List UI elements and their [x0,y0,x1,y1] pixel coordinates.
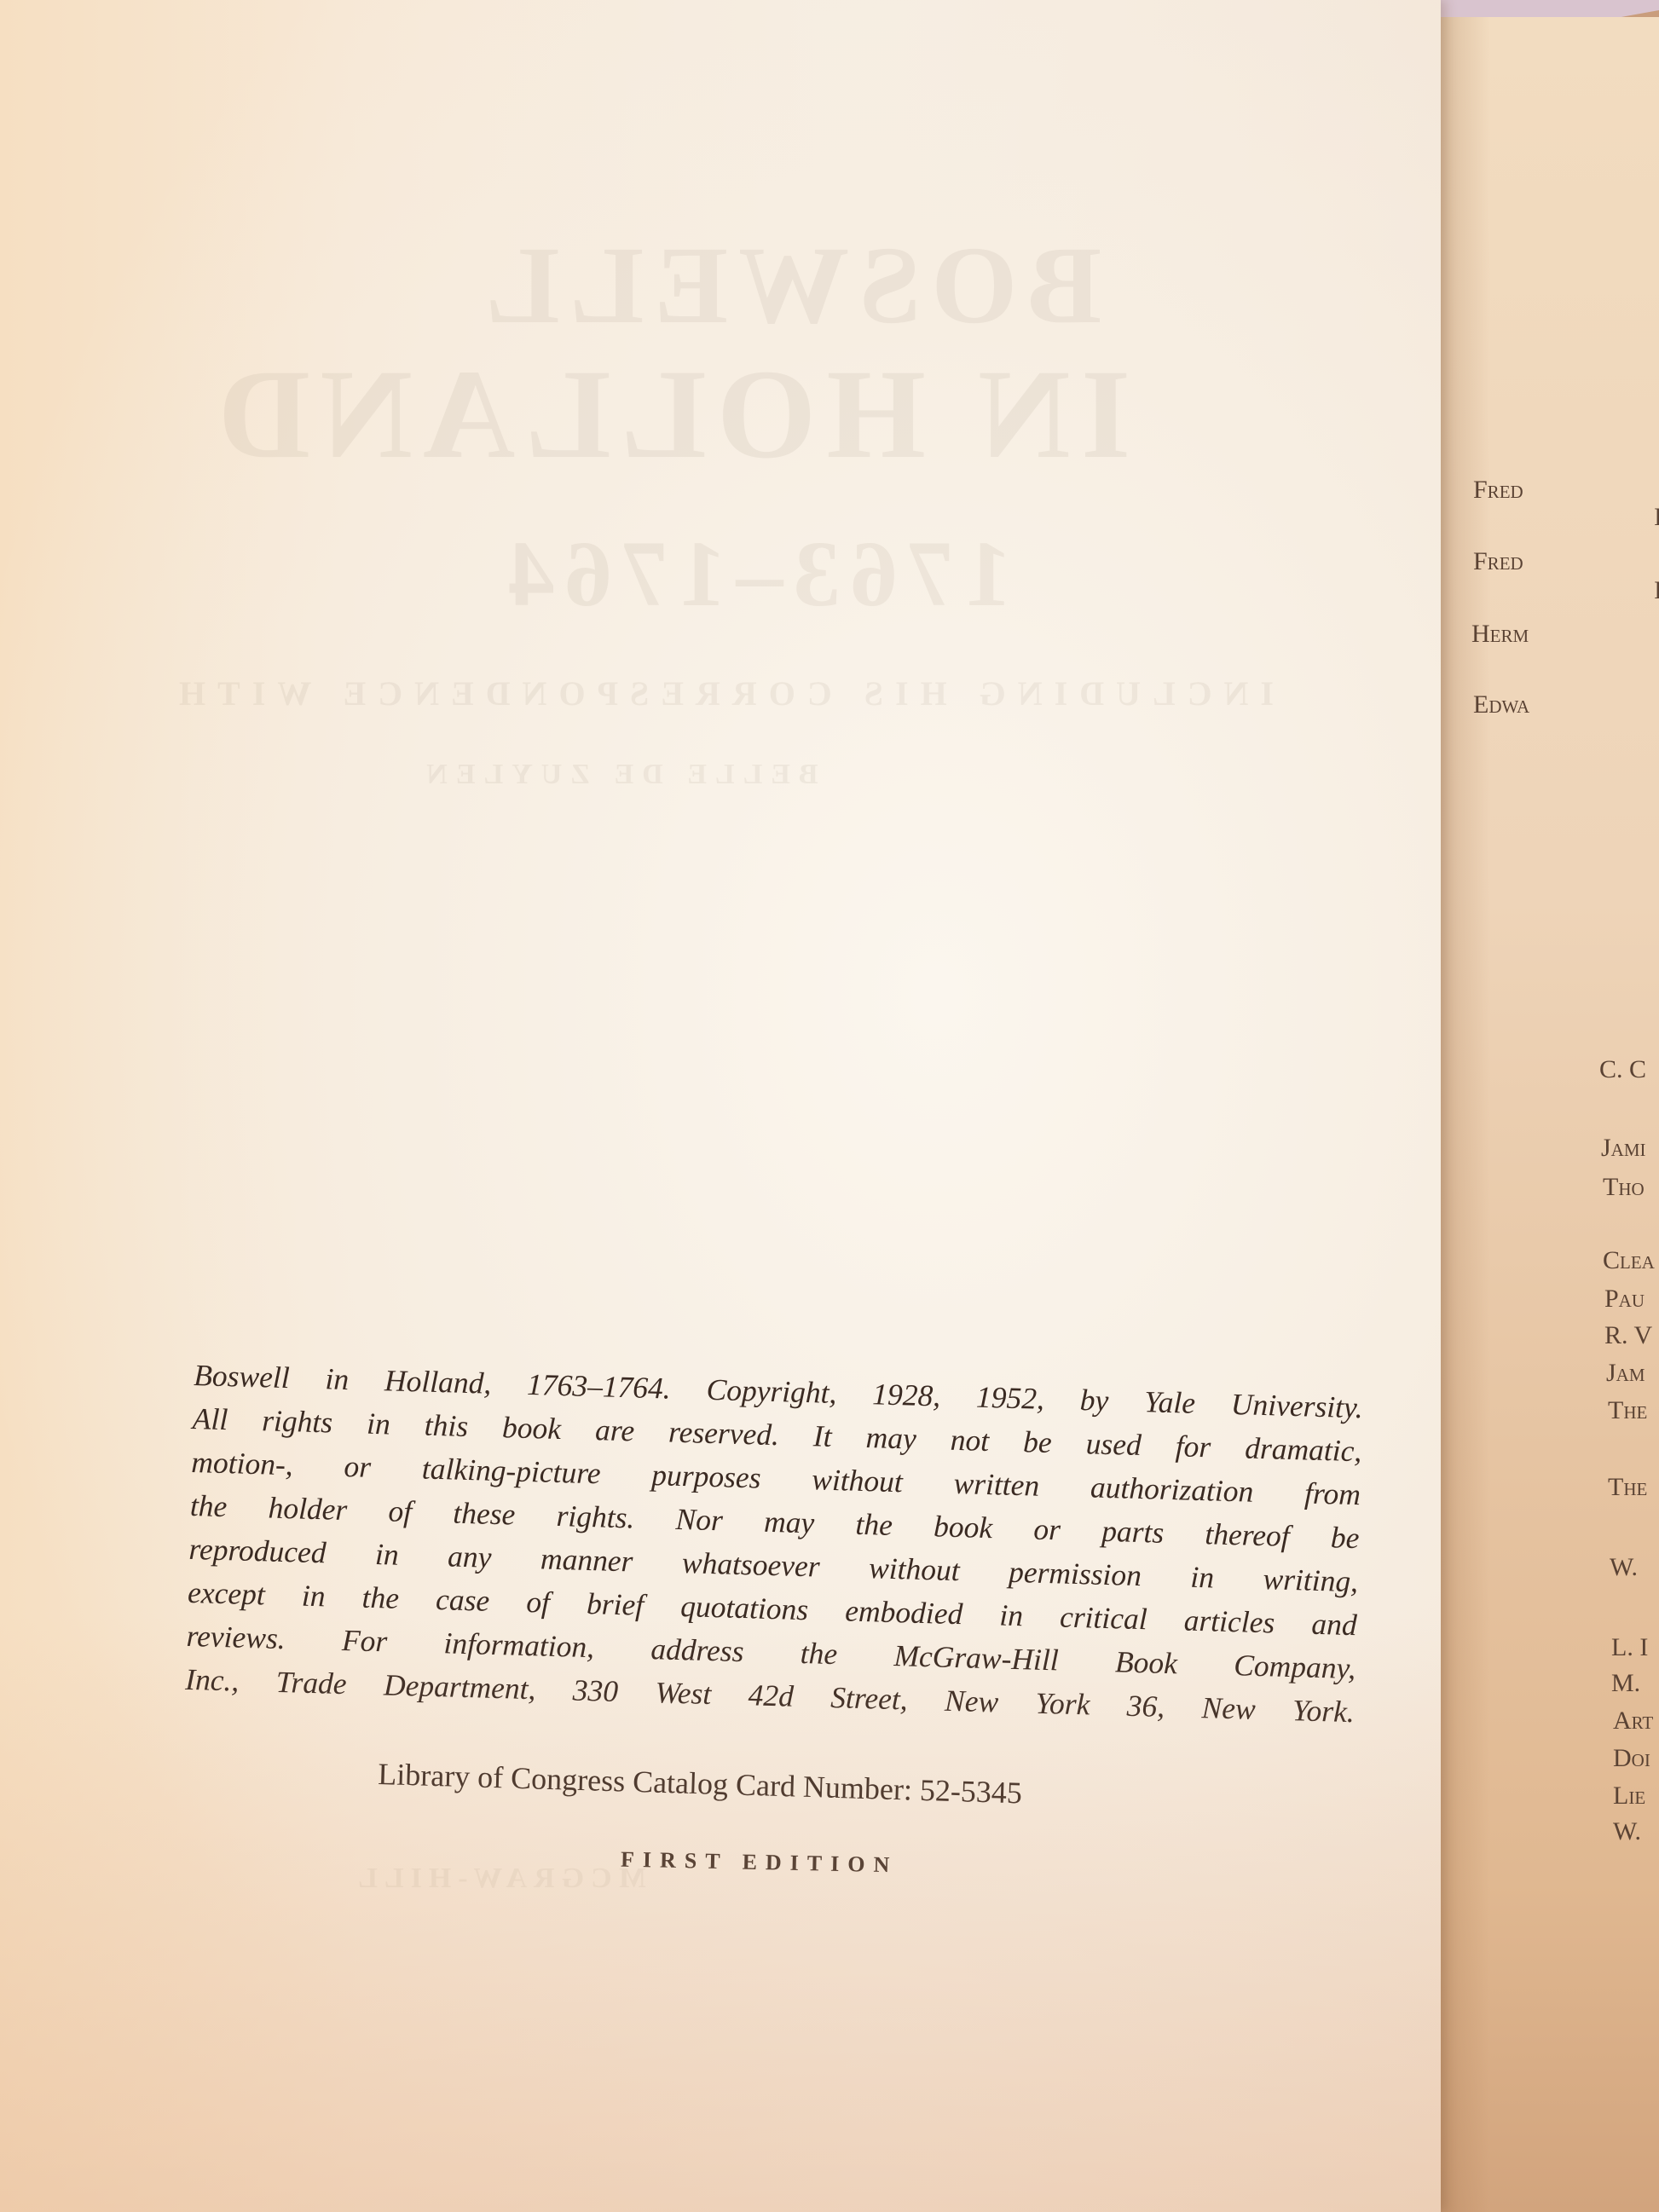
right-page-name-fragment: C. C [1599,1055,1646,1084]
right-page-name-fragment: The [1608,1396,1647,1425]
right-page-name-fragment: Edwa [1473,690,1529,719]
show-through-subtitle-line: BELLE DE ZUYLEN [0,759,1338,791]
show-through-subtitle-line: INCLUDING HIS CORRESPONDENCE WITH [0,673,1441,713]
right-page-name-fragment: W. [1613,1817,1641,1846]
right-page-name-fragment: I [1654,576,1659,605]
right-page-name-fragment: M. [1611,1669,1640,1698]
right-page-name-fragment: Art [1613,1707,1653,1736]
right-page-name-fragment: Fred [1473,476,1523,505]
right-page-name-fragment: I [1654,503,1659,532]
right-page-name-fragment: Doi [1613,1744,1650,1773]
right-page-name-fragment: Pau [1604,1285,1645,1314]
right-page-name-fragment: R. V [1604,1321,1652,1350]
show-through-publisher: MCGRAW-HILL [0,1863,1219,1895]
right-page-name-fragment: L. I [1611,1633,1648,1662]
right-page-name-fragment: Fred [1473,547,1523,576]
left-page: BOSWELL IN HOLLAND 1763–1764 INCLUDING H… [0,0,1441,2212]
right-page-name-fragment: Tho [1603,1173,1645,1202]
lccn-line: Library of Congress Catalog Card Number:… [378,1756,1188,1816]
right-page-name-fragment: Jam [1606,1359,1645,1388]
right-page-name-fragment: The [1608,1473,1647,1502]
right-page-name-fragment: Lie [1613,1782,1645,1811]
right-page-name-fragment: Jami [1601,1134,1646,1163]
show-through-title-line: IN HOLLAND [0,341,1390,488]
right-page-name-fragment: W. [1610,1553,1638,1582]
right-page-name-fragment: Herm [1471,620,1529,649]
copyright-notice: Boswell in Holland, 1763–1764. Copyright… [185,1354,1364,1734]
right-page-name-fragment: Clea [1603,1246,1655,1275]
show-through-title-line: BOSWELL [68,222,1509,349]
show-through-title-line: 1763–1764 [34,520,1475,628]
